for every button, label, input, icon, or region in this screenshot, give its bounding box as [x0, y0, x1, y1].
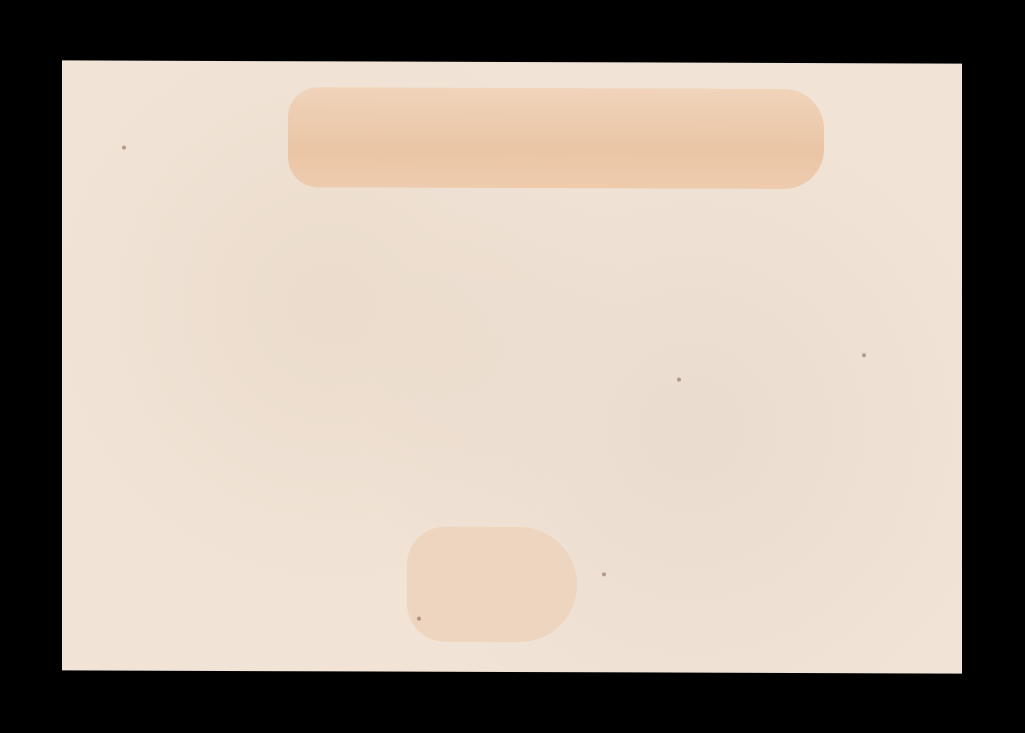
stamp-back — [62, 60, 962, 673]
speck — [417, 617, 421, 621]
speck — [122, 146, 126, 150]
speck — [677, 378, 681, 382]
hinge-remnant-top — [288, 87, 824, 189]
hinge-remnant-bottom — [407, 527, 577, 643]
speck — [602, 572, 606, 576]
speck — [862, 353, 866, 357]
